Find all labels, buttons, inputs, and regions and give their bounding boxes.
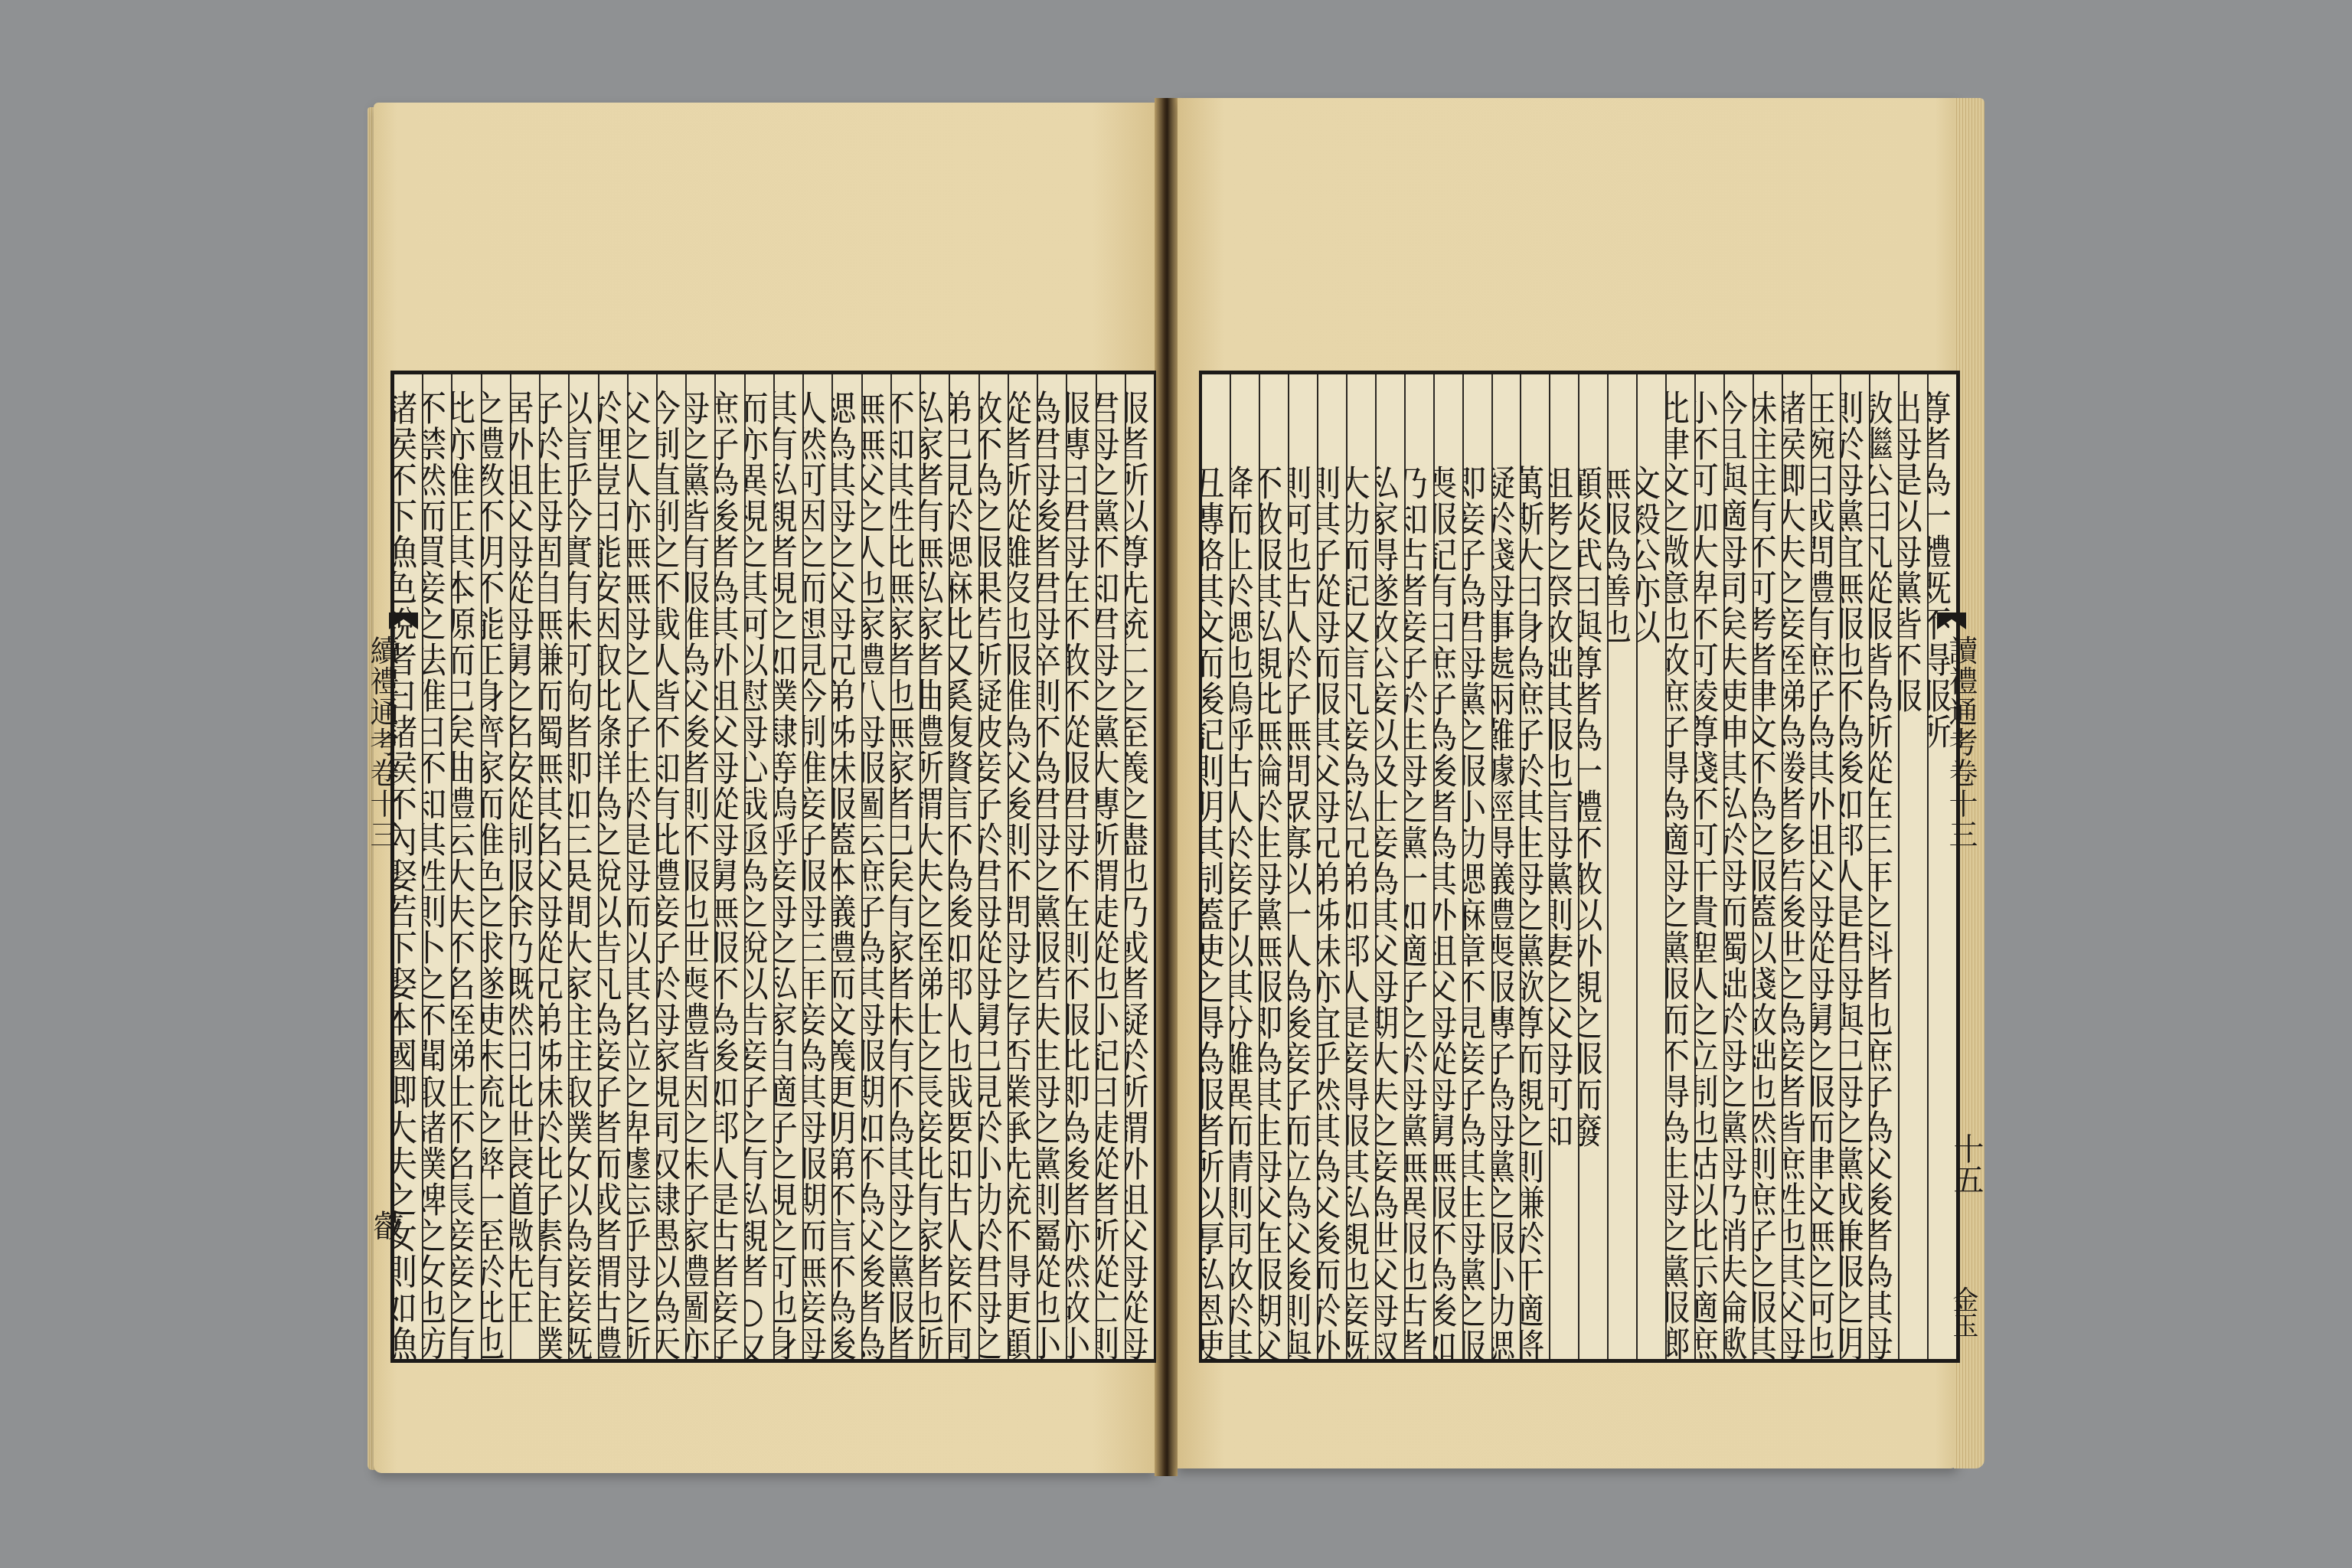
- text-column: 不知其姓此無家者也無家者已矣有家者未有不為其母之黨服者天下: [890, 374, 920, 1359]
- text-column: 此律文之微意也故庶子得為適母之黨服而不得為生母之黨服鄉先生姚: [1665, 374, 1694, 1359]
- text-column: 妹往往有不可考者律文不為之服蓋以賤故絀也然則庶子之服其生母也: [1753, 374, 1782, 1359]
- text-column: 庶子為後者為其外祖父母從母舅無服不為後如邦人是古者妾子於其生: [714, 374, 743, 1359]
- text-column: 小不可加大卑不可陵尊賤不可干貴聖人之立制也姑以此示適庶之閑焉: [1694, 374, 1723, 1359]
- right-block-mark: 金玉: [1945, 1286, 1982, 1338]
- text-column: 顧炎武曰與尊者為一體不敢以外親之服而廢: [1578, 374, 1607, 1359]
- text-column: 此亦惟正其本源而已矣曲禮云大夫不名姪娣士不名長妾妾之有亦禮所: [451, 374, 480, 1359]
- text-column: 出母是以母黨皆不服: [1898, 374, 1927, 1359]
- text-column: 無服為善也: [1607, 374, 1636, 1359]
- left-text-frame: 服者所以尊先統仁之至義之盡也乃或者疑於所謂外祖父母從母舅者即 君母之黨不知君母之…: [390, 371, 1156, 1363]
- left-text-columns: 服者所以尊先統仁之至義之盡也乃或者疑於所謂外祖父母從母舅者即 君母之黨不知君母之…: [394, 374, 1154, 1359]
- text-column: 服傳曰君母在不敢不從服君母不在則不服此即為後者亦然故小記又曰: [1066, 374, 1095, 1359]
- right-text-frame: 尊者為一體既不得服所 出母是以母黨皆不服 敖繼公曰凡從服皆為所從在三年之科者也庶…: [1199, 371, 1960, 1363]
- text-column: 敖繼公曰凡從服皆為所從在三年之科者也庶子為父後者為其母緦: [1869, 374, 1898, 1359]
- text-column: 祖考之祭故絀其服也言母黨則妻之父母可知: [1549, 374, 1578, 1359]
- text-column: 諸侯卿大夫之妾姪娣為媵者多若後世之為妾者皆庶姓也其父母兄弟姊: [1782, 374, 1811, 1359]
- text-column: 喪服記有曰庶子為後者為其外祖父母從母舅無服不為後如邦人愚反覆思之: [1433, 374, 1462, 1359]
- text-column: 人然可因之而想見今制唯妾子服母三年妾為其母服期而無妾母黨之服: [802, 374, 831, 1359]
- text-column: 則其子從母而服其父母兄弟姊妹亦宜乎然其為父後而於外祖父母從母舅無服: [1317, 374, 1346, 1359]
- text-column: 汪琬曰或問禮有庶子為其外祖父母從母舅之服而律文無之何也曰古者: [1811, 374, 1840, 1359]
- text-column: 為君母後者君母卒則不為君母之黨服若夫生母之黨則屬從也小記曰屬: [1037, 374, 1066, 1359]
- text-column: 子於生母固自無嫌而獨無其名父母從兄弟姊妹於此子素有主僕之分不容: [539, 374, 568, 1359]
- text-column: 即妾子為君母黨之服小功緦麻章不見妾子為其生母黨之服惟: [1462, 374, 1491, 1359]
- text-column: 則何也古人於子無問眾寡以一人為後妾子而立為父後則與尊者為一體: [1288, 374, 1317, 1359]
- text-column: 乃知古者妾子於生母之黨一如適子之於母黨無異服也古者妾不得體君於: [1404, 374, 1433, 1359]
- text-column: 不禁然而買妾之法唯曰不知其姓則卜之不聞取諸僕婢之女也坊記有言: [422, 374, 451, 1359]
- text-column: 故不為之服果若所疑彼妾子於君母從母舅已見於小功於君母之昆: [978, 374, 1008, 1359]
- right-text-columns: 尊者為一體既不得服所 出母是以母黨皆不服 敖繼公曰凡從服皆為所從在三年之科者也庶…: [1202, 374, 1956, 1359]
- left-banxin-title: 續禮通考卷十三: [361, 635, 403, 850]
- text-column: 無無父之人也家禮八母服圖云庶子為其母服期如不為父後者為其母: [861, 374, 890, 1359]
- text-column: 君母之黨不知君母之黨大傳所謂徒從也小記曰徒從者所從亡則已故喪: [1096, 374, 1125, 1359]
- text-column: 私家得遂故公妾以及士妾為其父母期大夫之妾為世父母叔父母姑姊妹: [1375, 374, 1404, 1359]
- text-column: 丑傳略其文而後記則明其制蓋使之得為服者所以厚私恩使之不得為: [1202, 374, 1230, 1359]
- text-column: 父之人亦無無母之人子生於是母而以其名位之卑遽忘乎母之所自於情無: [627, 374, 656, 1359]
- text-column: 弟已見於緦麻此又奚復贅言不為後如邦人也哉要知古人妾不同有有: [949, 374, 978, 1359]
- text-column: 母之黨皆有服唯為父後者則不服也世喪禮皆因之朱子家禮圖亦明著之而: [685, 374, 714, 1359]
- text-column: 之禮教不明不能正身齊家而惟色之求遂使末流之弊一至於此也君子於: [481, 374, 510, 1359]
- text-column: 疑於賤母事處兩難據經得儀禮喪服傳子為母黨之服小功緦麻章明著之: [1491, 374, 1521, 1359]
- right-banxin-title: 讀禮通考卷十三: [1940, 635, 1982, 850]
- text-column: 今制直削之不載人皆不知有此禮妾子於母家視同奴隷愚以為天下無無: [656, 374, 685, 1359]
- text-column: 於理豈曰能安因取此條詳為之說以告凡為妾子者而或者謂古禮固然然: [598, 374, 627, 1359]
- text-column: 緦為其母之父母兄弟姊妹服蓋本儀禮而文義更明第不言不為後如邦: [831, 374, 861, 1359]
- text-column: 尊者為一體既不得服所: [1927, 374, 1956, 1359]
- text-column: 服者所以尊先統仁之至義之盡也乃或者疑於所謂外祖父母從母舅者即: [1125, 374, 1154, 1359]
- text-column: 其有私親者視之如僕隷等嗚呼妾母之私家自適子之視之可也身為妾子: [773, 374, 802, 1359]
- text-column: 而亦異視之其何以慰母心哉亟為之說以告妾子之有私親者○又曰記云: [744, 374, 773, 1359]
- text-column: 萬斯大曰身為庶子於其生母之黨欲尊而親之則嫌於干適將薄而遠之則: [1520, 374, 1549, 1359]
- text-column: 大功而記又言凡妾為私兄弟如邦人是妾得服其私親也妾既得服其私親: [1346, 374, 1375, 1359]
- left-leaf-number: 㪫: [364, 1210, 408, 1240]
- text-column: 從者所從雖沒也服唯為父後則不問母之存否業承先統不得更顧其私恩: [1008, 374, 1037, 1359]
- text-column: 文毅公亦以: [1636, 374, 1665, 1359]
- book-gutter: [1155, 98, 1178, 1476]
- open-book: 服者所以尊先統仁之至義之盡也乃或者疑於所謂外祖父母從母舅者即 君母之黨不知君母之…: [0, 0, 2352, 1568]
- text-column: 居外祖父母從母舅之名安從制服余乃慨然曰此世衰道微先王: [510, 374, 539, 1359]
- text-column: 私家者有無私家者曲禮所謂大夫之姪娣士之長妾此有家者也所謂買妾: [920, 374, 949, 1359]
- text-column: 則於母黨宜無服也不為後如邦人是君母與己母之黨或兼服之明矣: [1840, 374, 1869, 1359]
- right-leaf-number: 十五: [1945, 1133, 1988, 1194]
- text-column: 今且與適母同矣夫使伸其私於母而獨絀於母之黨母乃稍失倫歟曰非也: [1723, 374, 1753, 1359]
- text-column: 不敢服其私親此無論於生母黨無服即為其生母父在服期父卒三年者亦: [1259, 374, 1288, 1359]
- text-column: 降而止於緦也嗚呼古人於妾子以其分雖異而情則同故於其服母黨也: [1230, 374, 1259, 1359]
- text-column: 以言乎今實有未可拘者即如三吳間大家往往取僕女以為妾妾既有: [568, 374, 597, 1359]
